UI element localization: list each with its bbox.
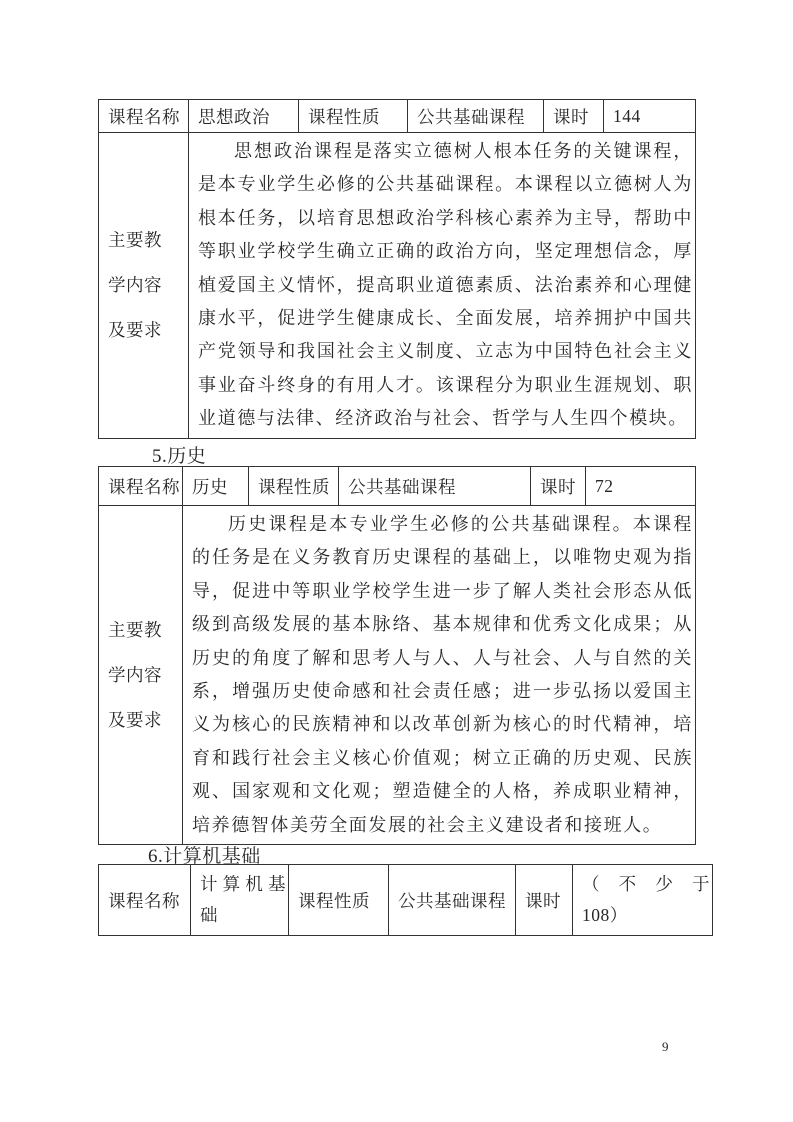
course-hours-value-line: 108） [582,900,710,931]
course-hours-label-cell: 课时 [544,100,604,133]
section-heading-history: 5.历史 [152,441,206,468]
course-nature-label-cell: 课程性质 [289,865,389,936]
course-hours-value-cell: 144 [604,100,696,133]
course-header-row: 课程名称 历史 课程性质 公共基础课程 课时 72 [99,467,696,506]
page-number: 9 [662,1039,669,1055]
course-content-cell: 历史课程是本专业学生必修的公共基础课程。本课程的任务是在义务教育历史课程的基础上… [183,506,696,845]
content-label-line: 主要教 [108,608,180,653]
course-hours-label-cell: 课时 [516,865,573,936]
content-requirements-label-cell: 主要教 学内容 及要求 [99,506,183,845]
course-table-computer-basics: 课程名称 计算机基 础 课程性质 公共基础课程 课时 （不少于 108） [98,864,713,936]
course-name-value-cell: 计算机基 础 [191,865,289,936]
course-hours-value-cell: （不少于 108） [573,865,713,936]
course-hours-value-line: （不少于 [582,869,710,900]
course-nature-value-cell: 公共基础课程 [408,100,544,133]
course-table-ideology: 课程名称 思想政治 课程性质 公共基础课程 课时 144 主要教 学内容 及要求… [98,99,696,439]
course-header-row: 课程名称 计算机基 础 课程性质 公共基础课程 课时 （不少于 108） [99,865,713,936]
content-label-line: 主要教 [108,218,186,263]
course-hours-value-cell: 72 [586,467,696,506]
course-header-row: 课程名称 思想政治 课程性质 公共基础课程 课时 144 [99,100,696,133]
course-nature-label-cell: 课程性质 [249,467,339,506]
content-label-line: 学内容 [108,653,180,698]
course-name-value-cell: 思想政治 [189,100,299,133]
course-hours-label-cell: 课时 [531,467,586,506]
course-content-cell: 思想政治课程是落实立德树人根本任务的关键课程，是本专业学生必修的公共基础课程。本… [189,133,696,439]
document-page: 课程名称 思想政治 课程性质 公共基础课程 课时 144 主要教 学内容 及要求… [0,0,793,1122]
course-name-label-cell: 课程名称 [99,467,183,506]
course-nature-label-cell: 课程性质 [299,100,408,133]
course-nature-value-cell: 公共基础课程 [389,865,516,936]
course-name-value-cell: 历史 [183,467,249,506]
course-name-value-line: 计算机基 [200,869,286,900]
content-requirements-label-cell: 主要教 学内容 及要求 [99,133,189,439]
course-content-row: 主要教 学内容 及要求 思想政治课程是落实立德树人根本任务的关键课程，是本专业学… [99,133,696,439]
course-table-history: 课程名称 历史 课程性质 公共基础课程 课时 72 主要教 学内容 及要求 历史… [98,466,696,845]
course-content-text: 历史课程是本专业学生必修的公共基础课程。本课程的任务是在义务教育历史课程的基础上… [192,508,693,842]
course-name-label-cell: 课程名称 [99,865,191,936]
course-content-row: 主要教 学内容 及要求 历史课程是本专业学生必修的公共基础课程。本课程的任务是在… [99,506,696,845]
content-label-line: 及要求 [108,308,186,353]
content-label-line: 及要求 [108,698,180,743]
course-content-text: 思想政治课程是落实立德树人根本任务的关键课程，是本专业学生必修的公共基础课程。本… [198,135,693,436]
course-name-label-cell: 课程名称 [99,100,189,133]
course-nature-value-cell: 公共基础课程 [339,467,531,506]
content-label-line: 学内容 [108,263,186,308]
course-name-value-line: 础 [200,900,286,931]
